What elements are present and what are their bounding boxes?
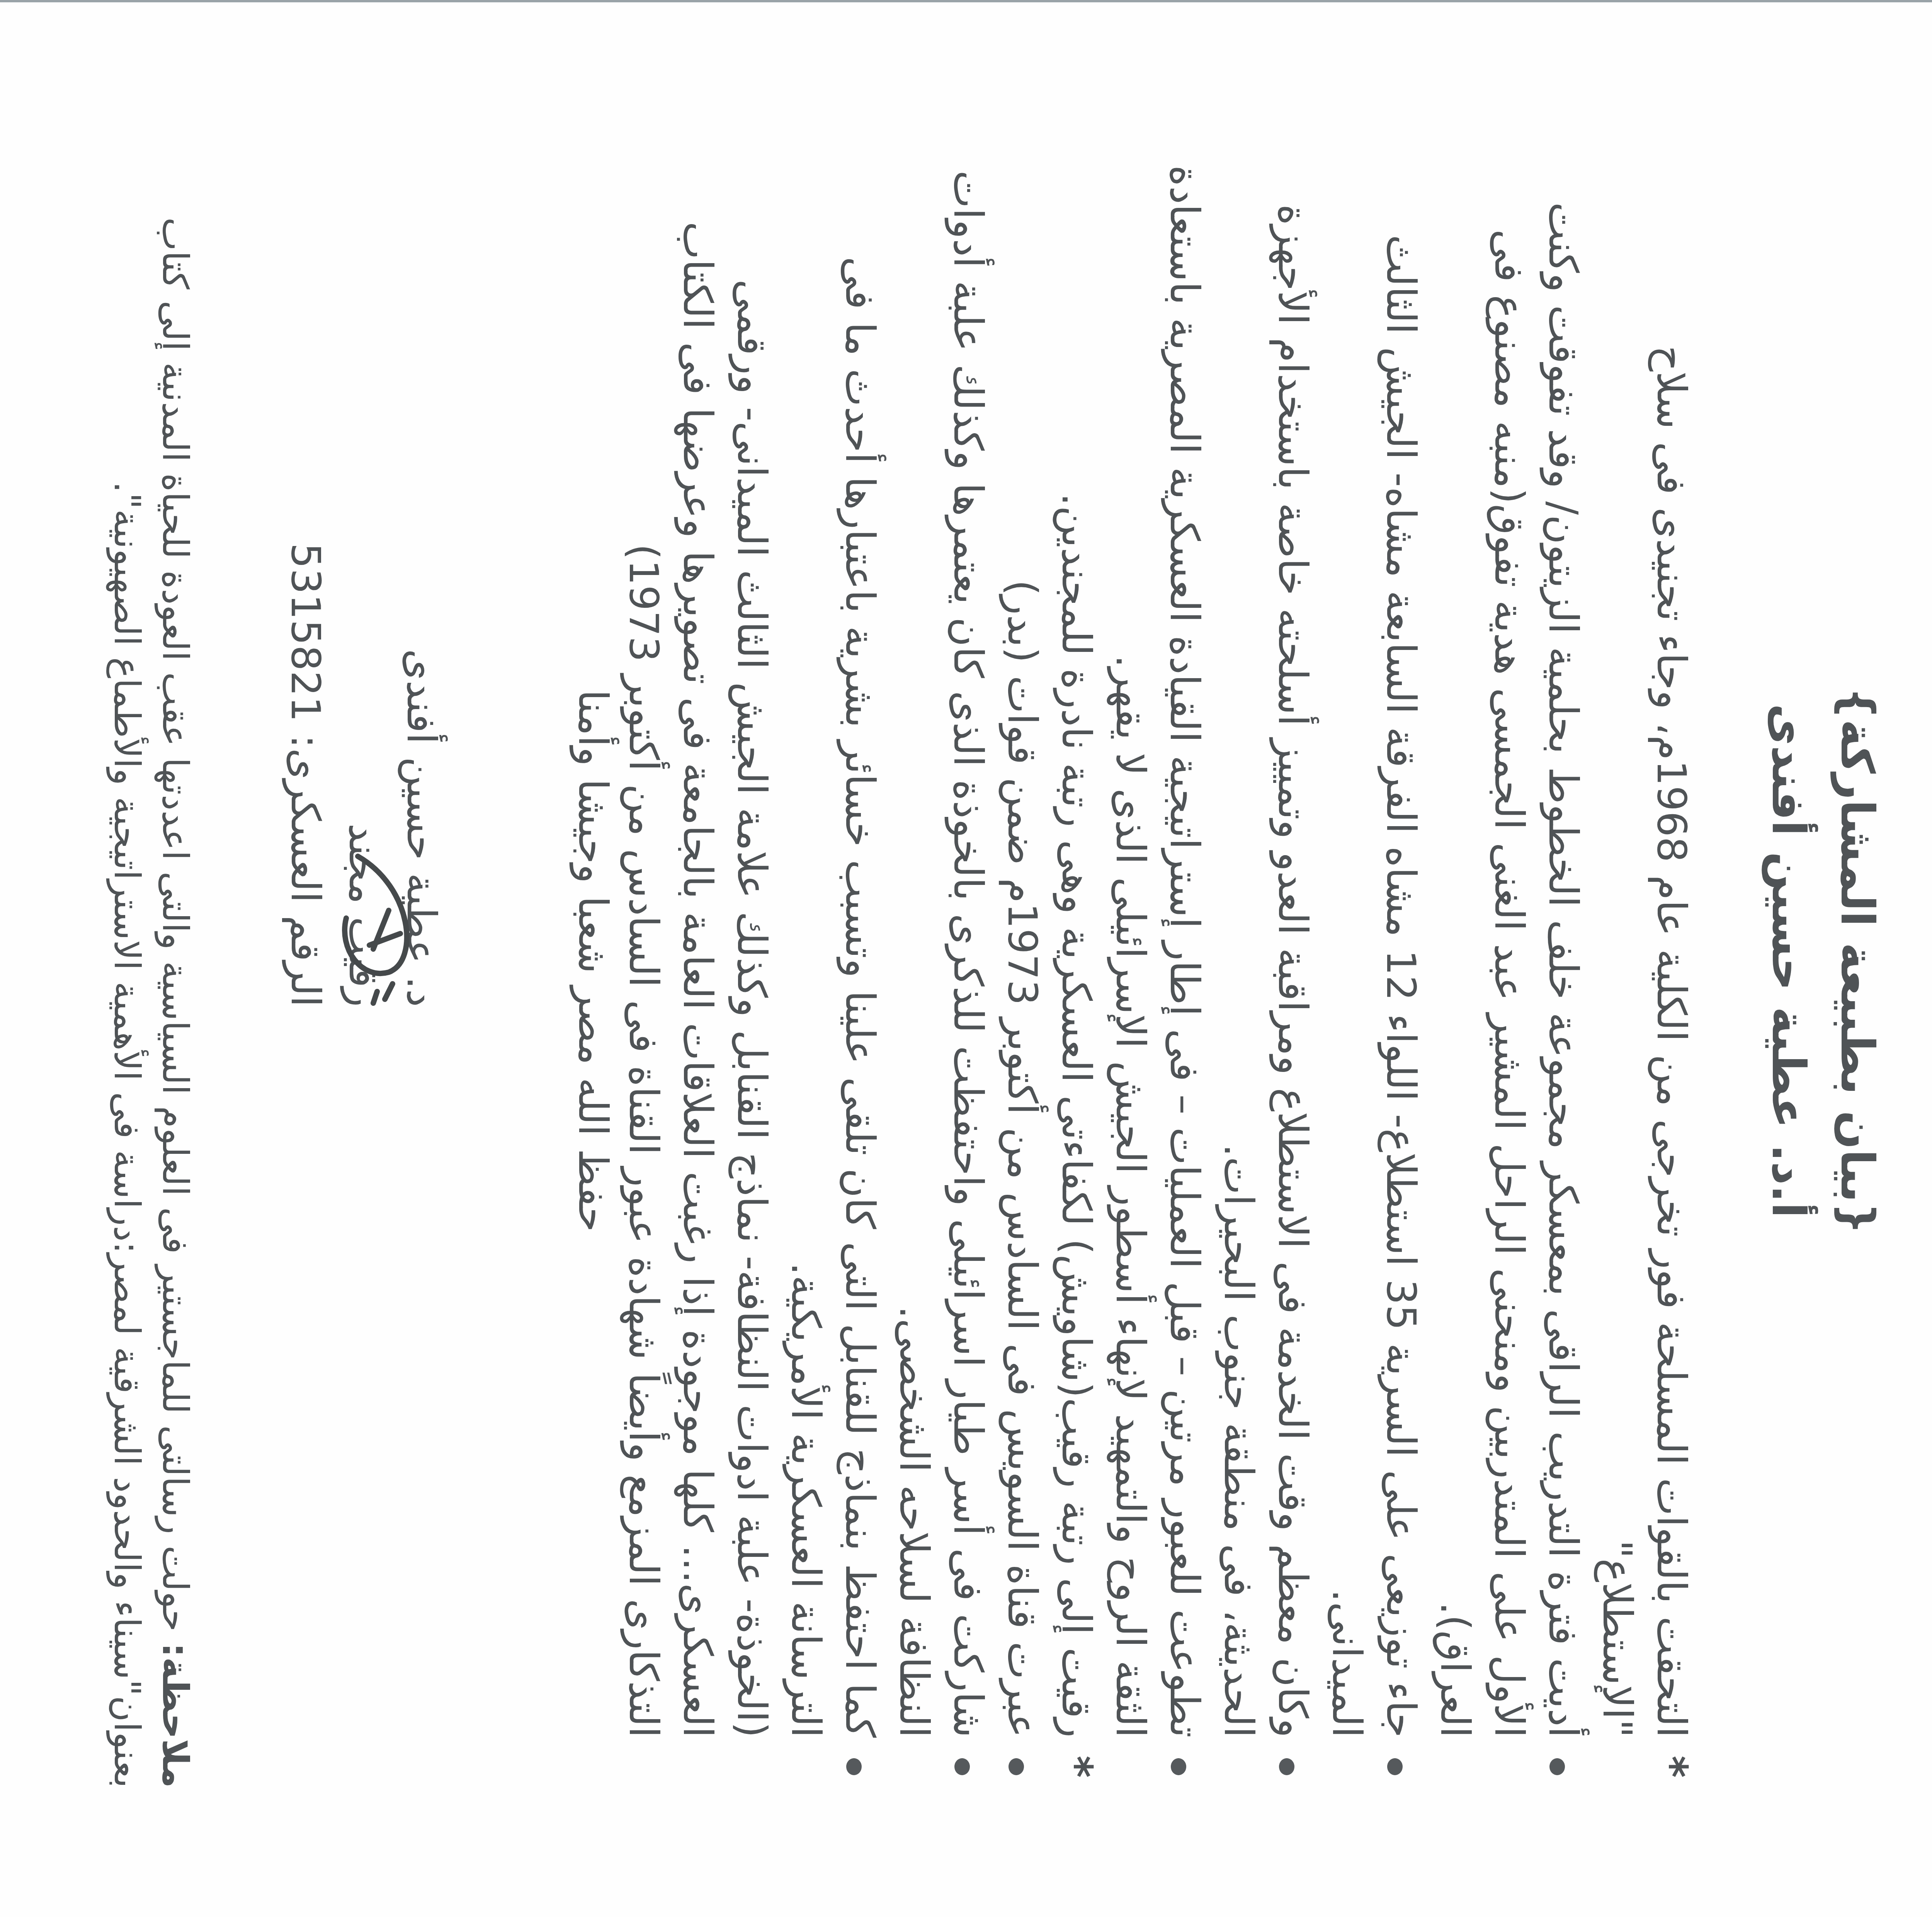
speaker-name: أ.د. عطية حسين أفندى [1762,2,1815,1917]
statement-item: *رقيت إلى رتبة رقيب(شاويش) لكفاءتى العسك… [1049,165,1104,1788]
bullet-icon [1158,1745,1212,1788]
bullet-icon [833,1745,887,1788]
statement-item: كما احتفظ بنماذج للقنابل التى كان تلقى ع… [779,165,887,1788]
bullet-dot-icon [1549,1758,1565,1775]
bullet-icon [1374,1745,1428,1788]
statement-body: *التحقت بالقوات المسلحة فور تخرجى من الك… [617,165,1699,1788]
bullet-icon [1536,1745,1590,1788]
statement-item-text: التحقت بالقوات المسلحة فور تخرجى من الكل… [1594,345,1695,1738]
asterisk-icon: * [1645,1745,1699,1788]
statement-item-text: كما احتفظ بنماذج للقنابل التى كان تلقى ع… [782,257,884,1738]
statement-item: وكان معظم وقت الخدمة فى الاستطلاع ومراقب… [1212,165,1320,1788]
bullet-dot-icon [1279,1758,1294,1775]
asterisk-icon: * [1049,1745,1104,1788]
statement-item: أديت فترة التدريب الراقى بمعسكر مجموعة خ… [1428,165,1590,1788]
statement-item-text: أديت فترة التدريب الراقى بمعسكر مجموعة خ… [1432,202,1587,1738]
statement-item-text: رقيت إلى رتبة رقيب(شاويش) لكفاءتى العسكر… [1053,493,1100,1738]
statement-item: جاء توزيعى على السرية 35 استطلاع- اللواء… [1320,165,1428,1788]
note-text: حولت رسالتى للماجستير فى العلوم السياسية… [106,218,196,1788]
bullet-icon [941,1745,995,1788]
closing-line: حفظ الله مصر شعبا وجيشا وأمنا [570,2,617,1917]
statement-item: (الخوذة- علبة ادوات النظافة- نماذج القنا… [617,165,779,1788]
bullet-icon [1266,1745,1320,1788]
note-section: ملاحظة: حولت رسالتى للماجستير فى العلوم … [103,165,199,1788]
bullet-dot-icon [846,1758,862,1775]
note-label: ملاحظة: [155,1643,196,1788]
scanned-document: قسم الإدارة العامة احتفالية جامعة القاهر… [0,0,1932,1917]
statement-item-text: جاء توزيعى على السرية 35 استطلاع- اللواء… [1323,235,1425,1738]
bullet-icon [995,1745,1049,1788]
statement-item: عبرت قناة السويس فى السادس من أكتوبر 197… [995,165,1049,1788]
subtitle-block: {بيان بطبيعة المشاركة} أ.د. عطية حسين أف… [1762,2,1884,1917]
bullet-dot-icon [954,1758,970,1775]
military-number: 5315821 [282,543,329,722]
statement-item-text: عبرت قناة السويس فى السادس من أكتوبر 197… [999,580,1046,1738]
handwritten-signature-icon [296,833,435,1034]
statement-item-text: شاركت فى أسر طيار اسرائيلى واحتفظت للذكر… [891,170,992,1738]
statement-item: تطوعت للعبور مرتين – قبل العمليات – فى إ… [1104,165,1212,1788]
statement-item-text: تطوعت للعبور مرتين – قبل العمليات – فى إ… [1107,165,1208,1738]
signature-block: د. عطية حسين أفندى رقيب مجند الرقم العسك… [277,273,451,1007]
document-page: قسم الإدارة العامة احتفالية جامعة القاهر… [0,2,1932,1917]
statement-item: شاركت فى أسر طيار اسرائيلى واحتفظت للذكر… [887,165,995,1788]
statement-item-text: (الخوذة- علبة ادوات النظافة- نماذج القنا… [620,221,776,1738]
bullet-dot-icon [1171,1758,1186,1775]
bullet-dot-icon [1387,1758,1403,1775]
statement-item: *التحقت بالقوات المسلحة فور تخرجى من الك… [1590,165,1699,1788]
statement-heading: {بيان بطبيعة المشاركة} [1831,2,1884,1917]
statement-item-text: وكان معظم وقت الخدمة فى الاستطلاع ومراقب… [1215,204,1316,1738]
bullet-dot-icon [1009,1758,1024,1775]
